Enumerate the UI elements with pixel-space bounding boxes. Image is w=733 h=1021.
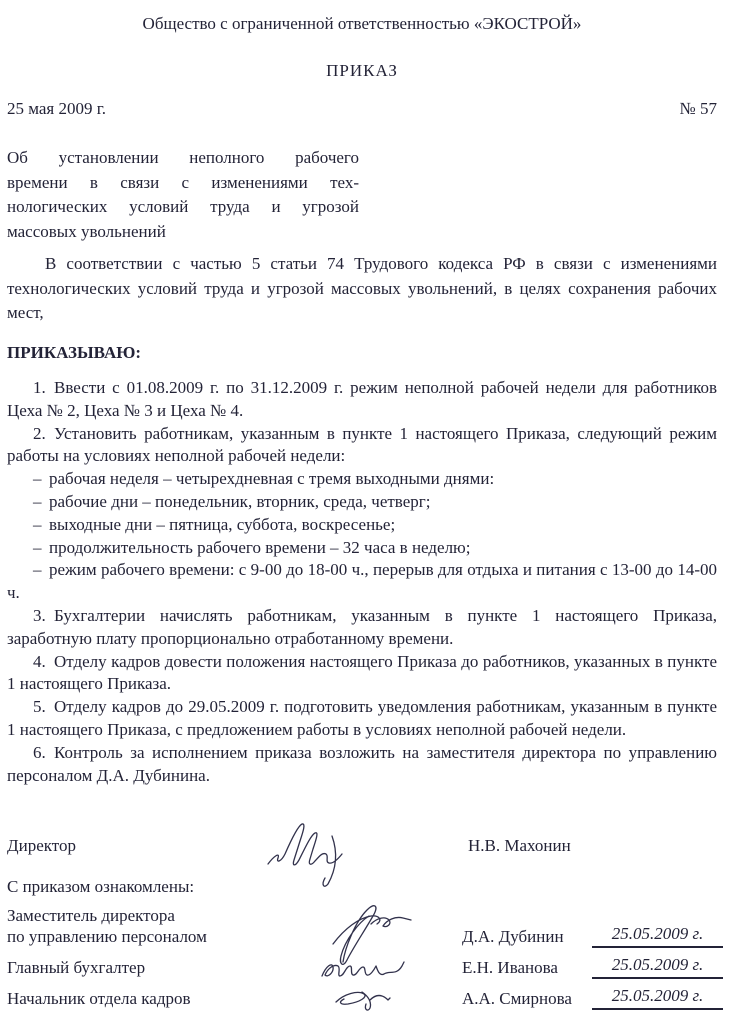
item-number: 3. [33,605,54,628]
item-text: Контроль за исполнением приказа возложит… [7,743,717,785]
subitem-text: продолжительность рабочего времени – 32 … [49,538,470,557]
order-subitem-3: –выходные дни – пятница, суббота, воскре… [7,514,717,537]
ack-position-label: Начальник отдела кадров [7,989,191,1009]
director-label: Директор [7,836,76,856]
item-text: Отделу кадров довести положения настояще… [7,652,717,694]
ack-signee-name: Д.А. Дубинин [462,927,564,947]
doc-number: № 57 [680,99,717,119]
signature-stroke-icon [318,952,406,986]
ack-sign-date: 25.05.2009 г. [592,986,723,1010]
item-number: 1. [33,377,54,400]
org-name: Общество с ограниченной ответственностью… [7,0,717,34]
ack-sign-date: 25.05.2009 г. [592,955,723,979]
dash-marker: – [33,559,49,582]
sign-date-value: 25.05.2009 г. [592,955,723,979]
doc-date: 25 мая 2009 г. [7,99,106,119]
lead-paragraph: В соответствии с частью 5 статьи 74 Труд… [7,252,717,326]
item-text: Ввести с 01.08.2009 г. по 31.12.2009 г. … [7,378,717,420]
item-number: 2. [33,423,54,446]
order-item-3: 3.Бухгалтерии начислять работникам, указ… [7,605,717,651]
item-number: 6. [33,742,54,765]
order-subitem-4: –продолжительность рабочего времени – 32… [7,537,717,560]
order-item-1: 1.Ввести с 01.08.2009 г. по 31.12.2009 г… [7,377,717,423]
order-item-2: 2.Установить работникам, указанным в пун… [7,423,717,469]
ack-sign-date: 25.05.2009 г. [592,924,723,948]
director-name: Н.В. Махонин [468,836,571,856]
doc-title: ПРИКАЗ [7,61,717,81]
ack-position-label: Заместитель директора [7,906,175,926]
signature-stroke-icon [262,808,362,888]
subject-line: массовых увольнений [7,220,359,245]
sign-date-value: 25.05.2009 г. [592,986,723,1010]
subject-line: нологических условий труда и угрозой [7,195,359,220]
dash-marker: – [33,468,49,491]
subject-line: времени в связи с изменениями тех- [7,171,359,196]
item-number: 4. [33,651,54,674]
ack-signee-name: Е.Н. Иванова [462,958,558,978]
item-number: 5. [33,696,54,719]
smirnova-signature [332,986,394,1012]
sign-date-value: 25.05.2009 г. [592,924,723,948]
order-items-list: 1.Ввести с 01.08.2009 г. по 31.12.2009 г… [7,377,717,787]
ack-position-label: по управлению персоналом [7,927,207,947]
subject-block: Об установлении неполного рабочего време… [7,146,359,244]
resolution-heading: ПРИКАЗЫВАЮ: [7,341,717,366]
document-body: Общество с ограниченной ответственностью… [0,0,733,787]
ack-position-label: Главный бухгалтер [7,958,145,978]
subject-line: Об установлении неполного рабочего [7,146,359,171]
subitem-text: выходные дни – пятница, суббота, воскрес… [49,515,395,534]
order-item-6: 6.Контроль за исполнением приказа возлож… [7,742,717,788]
order-item-5: 5.Отделу кадров до 29.05.2009 г. подгото… [7,696,717,742]
subitem-text: рабочие дни – понедельник, вторник, сред… [49,492,430,511]
item-text: Отделу кадров до 29.05.2009 г. подготови… [7,697,717,739]
order-item-4: 4.Отделу кадров довести положения настоя… [7,651,717,697]
order-subitem-1: –рабочая неделя – четырехдневная с тремя… [7,468,717,491]
item-text: Бухгалтерии начислять работникам, указан… [7,606,717,648]
dash-marker: – [33,491,49,514]
acknowledged-heading: С приказом ознакомлены: [7,877,194,897]
ivanova-signature [318,952,406,986]
subitem-text: рабочая неделя – четырехдневная с тремя … [49,469,494,488]
director-signature [262,808,362,888]
subitem-text: режим рабочего времени: с 9-00 до 18-00 … [7,560,717,602]
signature-stroke-icon [332,986,394,1012]
order-subitem-5: –режим рабочего времени: с 9-00 до 18-00… [7,559,717,605]
ack-signee-name: А.А. Смирнова [462,989,572,1009]
dash-marker: – [33,537,49,560]
doc-meta-row: 25 мая 2009 г. № 57 [7,99,717,119]
order-subitem-2: –рабочие дни – понедельник, вторник, сре… [7,491,717,514]
item-text: Установить работникам, указанным в пункт… [7,424,717,466]
dash-marker: – [33,514,49,537]
order-document-page: Общество с ограниченной ответственностью… [0,0,733,1021]
